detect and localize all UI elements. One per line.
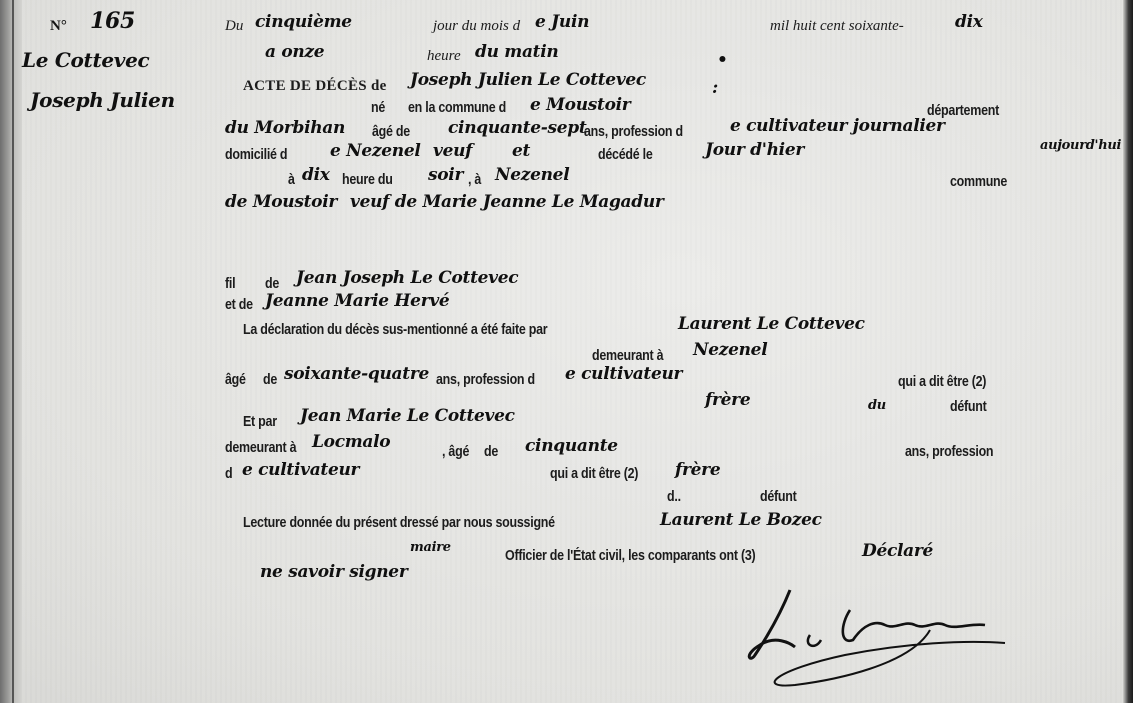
et-de-label: et de <box>225 297 253 313</box>
record-number: 165 <box>90 8 135 34</box>
declarant1-de-label: de <box>263 372 277 388</box>
declarant1-age: soixante-quatre <box>284 364 429 384</box>
death-hour-prefix: à <box>288 172 295 188</box>
header-year-suffix: dix <box>955 12 983 32</box>
officer-text: Officier de l'État civil, les comparants… <box>505 548 755 564</box>
declaration-intro: La déclaration du décès sus-mentionné a … <box>243 322 547 338</box>
profession-label: ans, profession d <box>584 124 683 140</box>
header-dot-mark: • <box>717 50 728 70</box>
age-label: âgé de <box>372 124 410 140</box>
declarant2-demeurant-label: demeurant à <box>225 440 296 456</box>
declarant2-intro: Et par <box>243 414 277 430</box>
header-period: du matin <box>475 42 558 62</box>
lecture-text: Lecture donnée du présent dressé par nou… <box>243 515 555 531</box>
death-date: Jour d'hier <box>705 140 804 160</box>
record-number-label: N° <box>50 18 67 35</box>
margin-surname: Le Cottevec <box>22 48 149 72</box>
declarant1-profession-label: ans, profession d <box>436 372 535 388</box>
death-period: soir <box>428 165 463 185</box>
fils-label: fil <box>225 276 235 292</box>
declarant2-age: cinquante <box>525 436 618 456</box>
et-word: et <box>512 141 530 161</box>
declarant1-profession: e cultivateur <box>565 364 682 384</box>
ne-label: né <box>371 100 385 116</box>
declarant1-du: du <box>868 398 886 413</box>
death-place: Nezenel <box>495 165 569 185</box>
header-colon-mark: : <box>712 78 718 98</box>
declarant2-profession: e cultivateur <box>242 460 359 480</box>
document-title: ACTE DE DÉCÈS de <box>243 78 387 95</box>
death-hour: dix <box>302 165 330 185</box>
father-name: Jean Joseph Le Cottevec <box>296 268 518 288</box>
officer-name: Laurent Le Bozec <box>660 510 822 530</box>
declarant1-relation-label: qui a dit être (2) <box>898 374 986 390</box>
declarant2-d-label: d <box>225 466 232 482</box>
header-day: cinquième <box>255 12 352 32</box>
declarant1-name: Laurent Le Cottevec <box>678 314 865 334</box>
signature-flourish-icon <box>735 585 1025 690</box>
declarant2-profession-label: ans, profession <box>905 444 993 460</box>
page-right-edge <box>1123 0 1133 703</box>
declaration-continuation: ne savoir signer <box>260 562 407 582</box>
deceased-name: Joseph Julien Le Cottevec <box>410 70 646 90</box>
officer-signature: L. Bozec <box>735 585 1025 690</box>
commune-label: en la commune d <box>408 100 506 116</box>
profession-continuation: aujourd'hui <box>1040 138 1121 153</box>
commune-word: commune <box>950 174 1007 190</box>
header-heure: heure <box>427 48 461 65</box>
declaration-word: Déclaré <box>862 541 933 561</box>
declarant2-relation: frère <box>675 460 720 480</box>
deceased-profession: e cultivateur journalier <box>730 116 945 136</box>
declarant2-relation-label: qui a dit être (2) <box>550 466 638 482</box>
officer-role: maire <box>410 540 451 555</box>
deceased-domicile: e Nezenel <box>330 141 421 161</box>
declarant2-name: Jean Marie Le Cottevec <box>300 406 515 426</box>
death-place-prefix: , à <box>468 172 481 188</box>
fils-de-label: de <box>265 276 279 292</box>
declarant1-demeurant-label: demeurant à <box>592 348 663 364</box>
death-commune: de Moustoir <box>225 192 337 212</box>
margin-given-names: Joseph Julien <box>30 88 175 112</box>
declarant1-age-label: âgé <box>225 372 246 388</box>
marital-status: veuf <box>433 141 472 161</box>
header-hour: a onze <box>265 42 324 62</box>
header-du: Du <box>225 18 243 35</box>
decede-label: décédé le <box>598 147 653 163</box>
declarant1-relation: frère <box>705 390 750 410</box>
declarant1-defunt-label: défunt <box>950 399 987 415</box>
declarant2-de-label: de <box>484 444 498 460</box>
declarant2-age-sep: , âgé <box>442 444 469 460</box>
declarant1-residence: Nezenel <box>693 340 767 360</box>
domicilie-label: domicilié d <box>225 147 287 163</box>
birth-departement: du Morbihan <box>225 118 345 138</box>
header-year-prefix: mil huit cent soixante- <box>770 18 904 35</box>
heure-du-label: heure du <box>342 172 393 188</box>
mother-name: Jeanne Marie Hervé <box>265 291 449 311</box>
header-jour-du-mois: jour du mois d <box>433 18 520 35</box>
declarant2-du: d.. <box>667 489 681 505</box>
declarant2-residence: Locmalo <box>312 432 390 452</box>
spouse-text: veuf de Marie Jeanne Le Magadur <box>350 192 664 212</box>
declarant2-defunt-label: défunt <box>760 489 797 505</box>
page-binding-edge <box>0 0 22 703</box>
scanned-register-page: N° 165 Le Cottevec Joseph Julien Du cinq… <box>0 0 1133 703</box>
deceased-age: cinquante-sept <box>448 118 586 138</box>
birth-commune: e Moustoir <box>530 95 630 115</box>
header-month: e Juin <box>535 12 589 32</box>
